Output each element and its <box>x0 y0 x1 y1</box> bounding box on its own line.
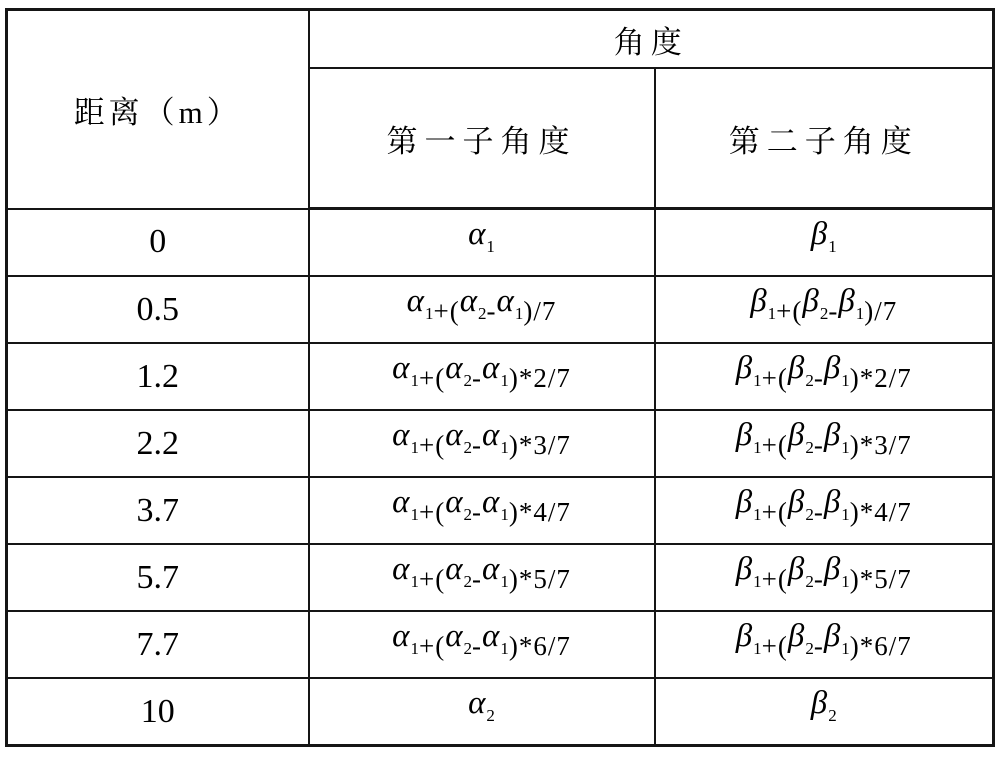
angle-header: 角度 <box>309 10 994 69</box>
greek-variable: β1 <box>750 285 776 322</box>
greek-variable: α1 <box>392 352 419 389</box>
formula-operator: - <box>487 298 497 325</box>
distance-cell: 5.7 <box>7 544 309 611</box>
formula-operator: )*4/7 <box>509 499 571 526</box>
formula: α1+(α2-α1)/7 <box>407 304 557 321</box>
second-sub-angle-cell: β1 <box>655 209 994 277</box>
formula-operator: +( <box>419 633 445 660</box>
formula-operator: - <box>814 365 824 392</box>
first-sub-angle-cell: α1+(α2-α1)*6/7 <box>309 611 655 678</box>
formula: α1+(α2-α1)*6/7 <box>392 639 571 656</box>
greek-variable: β1 <box>736 620 762 657</box>
greek-variable: β1 <box>736 352 762 389</box>
greek-variable: α1 <box>482 352 509 389</box>
formula-operator: +( <box>776 298 802 325</box>
second-sub-angle-cell: β1+(β2-β1)*6/7 <box>655 611 994 678</box>
angle-distance-table: 距离（m） 角度 第一子角度 第二子角度 0α1β10.5α1+(α2-α1)/… <box>5 8 995 747</box>
formula-operator: )*6/7 <box>850 633 912 660</box>
formula: α1+(α2-α1)*3/7 <box>392 438 571 455</box>
greek-variable: α1 <box>392 419 419 456</box>
greek-variable: β2 <box>788 419 814 456</box>
greek-variable: α1 <box>482 620 509 657</box>
formula: β1+(β2-β1)/7 <box>750 304 897 321</box>
first-sub-angle-cell: α1 <box>309 209 655 277</box>
first-sub-angle-cell: α1+(α2-α1)*4/7 <box>309 477 655 544</box>
second-sub-angle-cell: β1+(β2-β1)*5/7 <box>655 544 994 611</box>
distance-cell: 0 <box>7 209 309 277</box>
formula-operator: )*4/7 <box>850 499 912 526</box>
formula-operator: )/7 <box>864 298 897 325</box>
greek-variable: β2 <box>788 352 814 389</box>
formula-operator: )*5/7 <box>850 566 912 593</box>
distance-cell: 10 <box>7 678 309 746</box>
greek-variable: α1 <box>482 486 509 523</box>
formula-operator: - <box>828 298 838 325</box>
formula-operator: +( <box>762 566 788 593</box>
second-sub-angle-cell: β1+(β2-β1)*2/7 <box>655 343 994 410</box>
formula-operator: - <box>814 633 824 660</box>
greek-variable: α2 <box>445 620 472 657</box>
table-row: 7.7α1+(α2-α1)*6/7β1+(β2-β1)*6/7 <box>7 611 994 678</box>
formula-operator: +( <box>762 432 788 459</box>
distance-cell: 7.7 <box>7 611 309 678</box>
first-sub-angle-cell: α1+(α2-α1)*2/7 <box>309 343 655 410</box>
formula: α1+(α2-α1)*4/7 <box>392 505 571 522</box>
greek-variable: β2 <box>788 553 814 590</box>
distance-cell: 1.2 <box>7 343 309 410</box>
formula-operator: +( <box>433 298 459 325</box>
second-sub-angle-cell: β1+(β2-β1)*3/7 <box>655 410 994 477</box>
first-sub-angle-header: 第一子角度 <box>309 68 655 209</box>
first-sub-angle-cell: α1+(α2-α1)/7 <box>309 276 655 343</box>
formula-operator: - <box>472 633 482 660</box>
formula-operator: +( <box>419 499 445 526</box>
formula-operator: +( <box>419 432 445 459</box>
header-row-top: 距离（m） 角度 <box>7 10 994 69</box>
table-row: 10α2β2 <box>7 678 994 746</box>
greek-variable: β2 <box>802 285 828 322</box>
formula: β1+(β2-β1)*4/7 <box>736 505 912 522</box>
greek-variable: α2 <box>460 285 487 322</box>
table-row: 0α1β1 <box>7 209 994 277</box>
formula-operator: - <box>814 566 824 593</box>
formula-operator: )/7 <box>523 298 556 325</box>
greek-variable: β1 <box>824 486 850 523</box>
table-row: 0.5α1+(α2-α1)/7β1+(β2-β1)/7 <box>7 276 994 343</box>
first-sub-angle-cell: α1+(α2-α1)*3/7 <box>309 410 655 477</box>
table-row: 2.2α1+(α2-α1)*3/7β1+(β2-β1)*3/7 <box>7 410 994 477</box>
greek-variable: β1 <box>736 419 762 456</box>
formula: β1+(β2-β1)*3/7 <box>736 438 912 455</box>
greek-variable: α2 <box>445 486 472 523</box>
greek-variable: α1 <box>392 486 419 523</box>
greek-variable: α1 <box>407 285 434 322</box>
distance-header: 距离（m） <box>7 10 309 209</box>
greek-variable: α1 <box>392 620 419 657</box>
formula-operator: +( <box>762 499 788 526</box>
formula-operator: +( <box>419 566 445 593</box>
greek-variable: β1 <box>838 285 864 322</box>
distance-cell: 2.2 <box>7 410 309 477</box>
table-row: 3.7α1+(α2-α1)*4/7β1+(β2-β1)*4/7 <box>7 477 994 544</box>
formula-operator: +( <box>762 633 788 660</box>
greek-variable: α1 <box>468 218 495 255</box>
table-row: 1.2α1+(α2-α1)*2/7β1+(β2-β1)*2/7 <box>7 343 994 410</box>
greek-variable: α2 <box>445 553 472 590</box>
formula-operator: - <box>472 566 482 593</box>
greek-variable: β2 <box>788 620 814 657</box>
second-sub-angle-cell: β1+(β2-β1)/7 <box>655 276 994 343</box>
table-row: 5.7α1+(α2-α1)*5/7β1+(β2-β1)*5/7 <box>7 544 994 611</box>
greek-variable: β1 <box>824 553 850 590</box>
greek-variable: β1 <box>824 419 850 456</box>
formula-operator: - <box>814 432 824 459</box>
formula-operator: )*2/7 <box>850 365 912 392</box>
formula-operator: )*3/7 <box>850 432 912 459</box>
formula-operator: - <box>814 499 824 526</box>
greek-variable: α2 <box>468 687 495 724</box>
greek-variable: β1 <box>824 352 850 389</box>
first-sub-angle-cell: α1+(α2-α1)*5/7 <box>309 544 655 611</box>
greek-variable: α2 <box>445 352 472 389</box>
formula: β2 <box>811 706 837 723</box>
formula-operator: +( <box>762 365 788 392</box>
formula: β1+(β2-β1)*2/7 <box>736 371 912 388</box>
second-sub-angle-cell: β2 <box>655 678 994 746</box>
greek-variable: α1 <box>392 553 419 590</box>
greek-variable: β2 <box>811 687 837 724</box>
formula: α1 <box>468 237 495 254</box>
greek-variable: β1 <box>736 553 762 590</box>
formula-operator: - <box>472 499 482 526</box>
formula-operator: )*2/7 <box>509 365 571 392</box>
greek-variable: α1 <box>497 285 524 322</box>
formula-operator: +( <box>419 365 445 392</box>
formula-operator: - <box>472 432 482 459</box>
formula-operator: )*3/7 <box>509 432 571 459</box>
first-sub-angle-cell: α2 <box>309 678 655 746</box>
formula: β1+(β2-β1)*5/7 <box>736 572 912 589</box>
greek-variable: α2 <box>445 419 472 456</box>
formula: β1+(β2-β1)*6/7 <box>736 639 912 656</box>
greek-variable: β1 <box>811 218 837 255</box>
greek-variable: α1 <box>482 553 509 590</box>
distance-cell: 0.5 <box>7 276 309 343</box>
formula-operator: - <box>472 365 482 392</box>
distance-cell: 3.7 <box>7 477 309 544</box>
second-sub-angle-cell: β1+(β2-β1)*4/7 <box>655 477 994 544</box>
greek-variable: β2 <box>788 486 814 523</box>
second-sub-angle-header: 第二子角度 <box>655 68 994 209</box>
document-page: 距离（m） 角度 第一子角度 第二子角度 0α1β10.5α1+(α2-α1)/… <box>0 0 1000 757</box>
greek-variable: β1 <box>824 620 850 657</box>
greek-variable: β1 <box>736 486 762 523</box>
formula: β1 <box>811 237 837 254</box>
greek-variable: α1 <box>482 419 509 456</box>
formula-operator: )*5/7 <box>509 566 571 593</box>
formula: α1+(α2-α1)*5/7 <box>392 572 571 589</box>
formula-operator: )*6/7 <box>509 633 571 660</box>
formula: α2 <box>468 706 495 723</box>
formula: α1+(α2-α1)*2/7 <box>392 371 571 388</box>
